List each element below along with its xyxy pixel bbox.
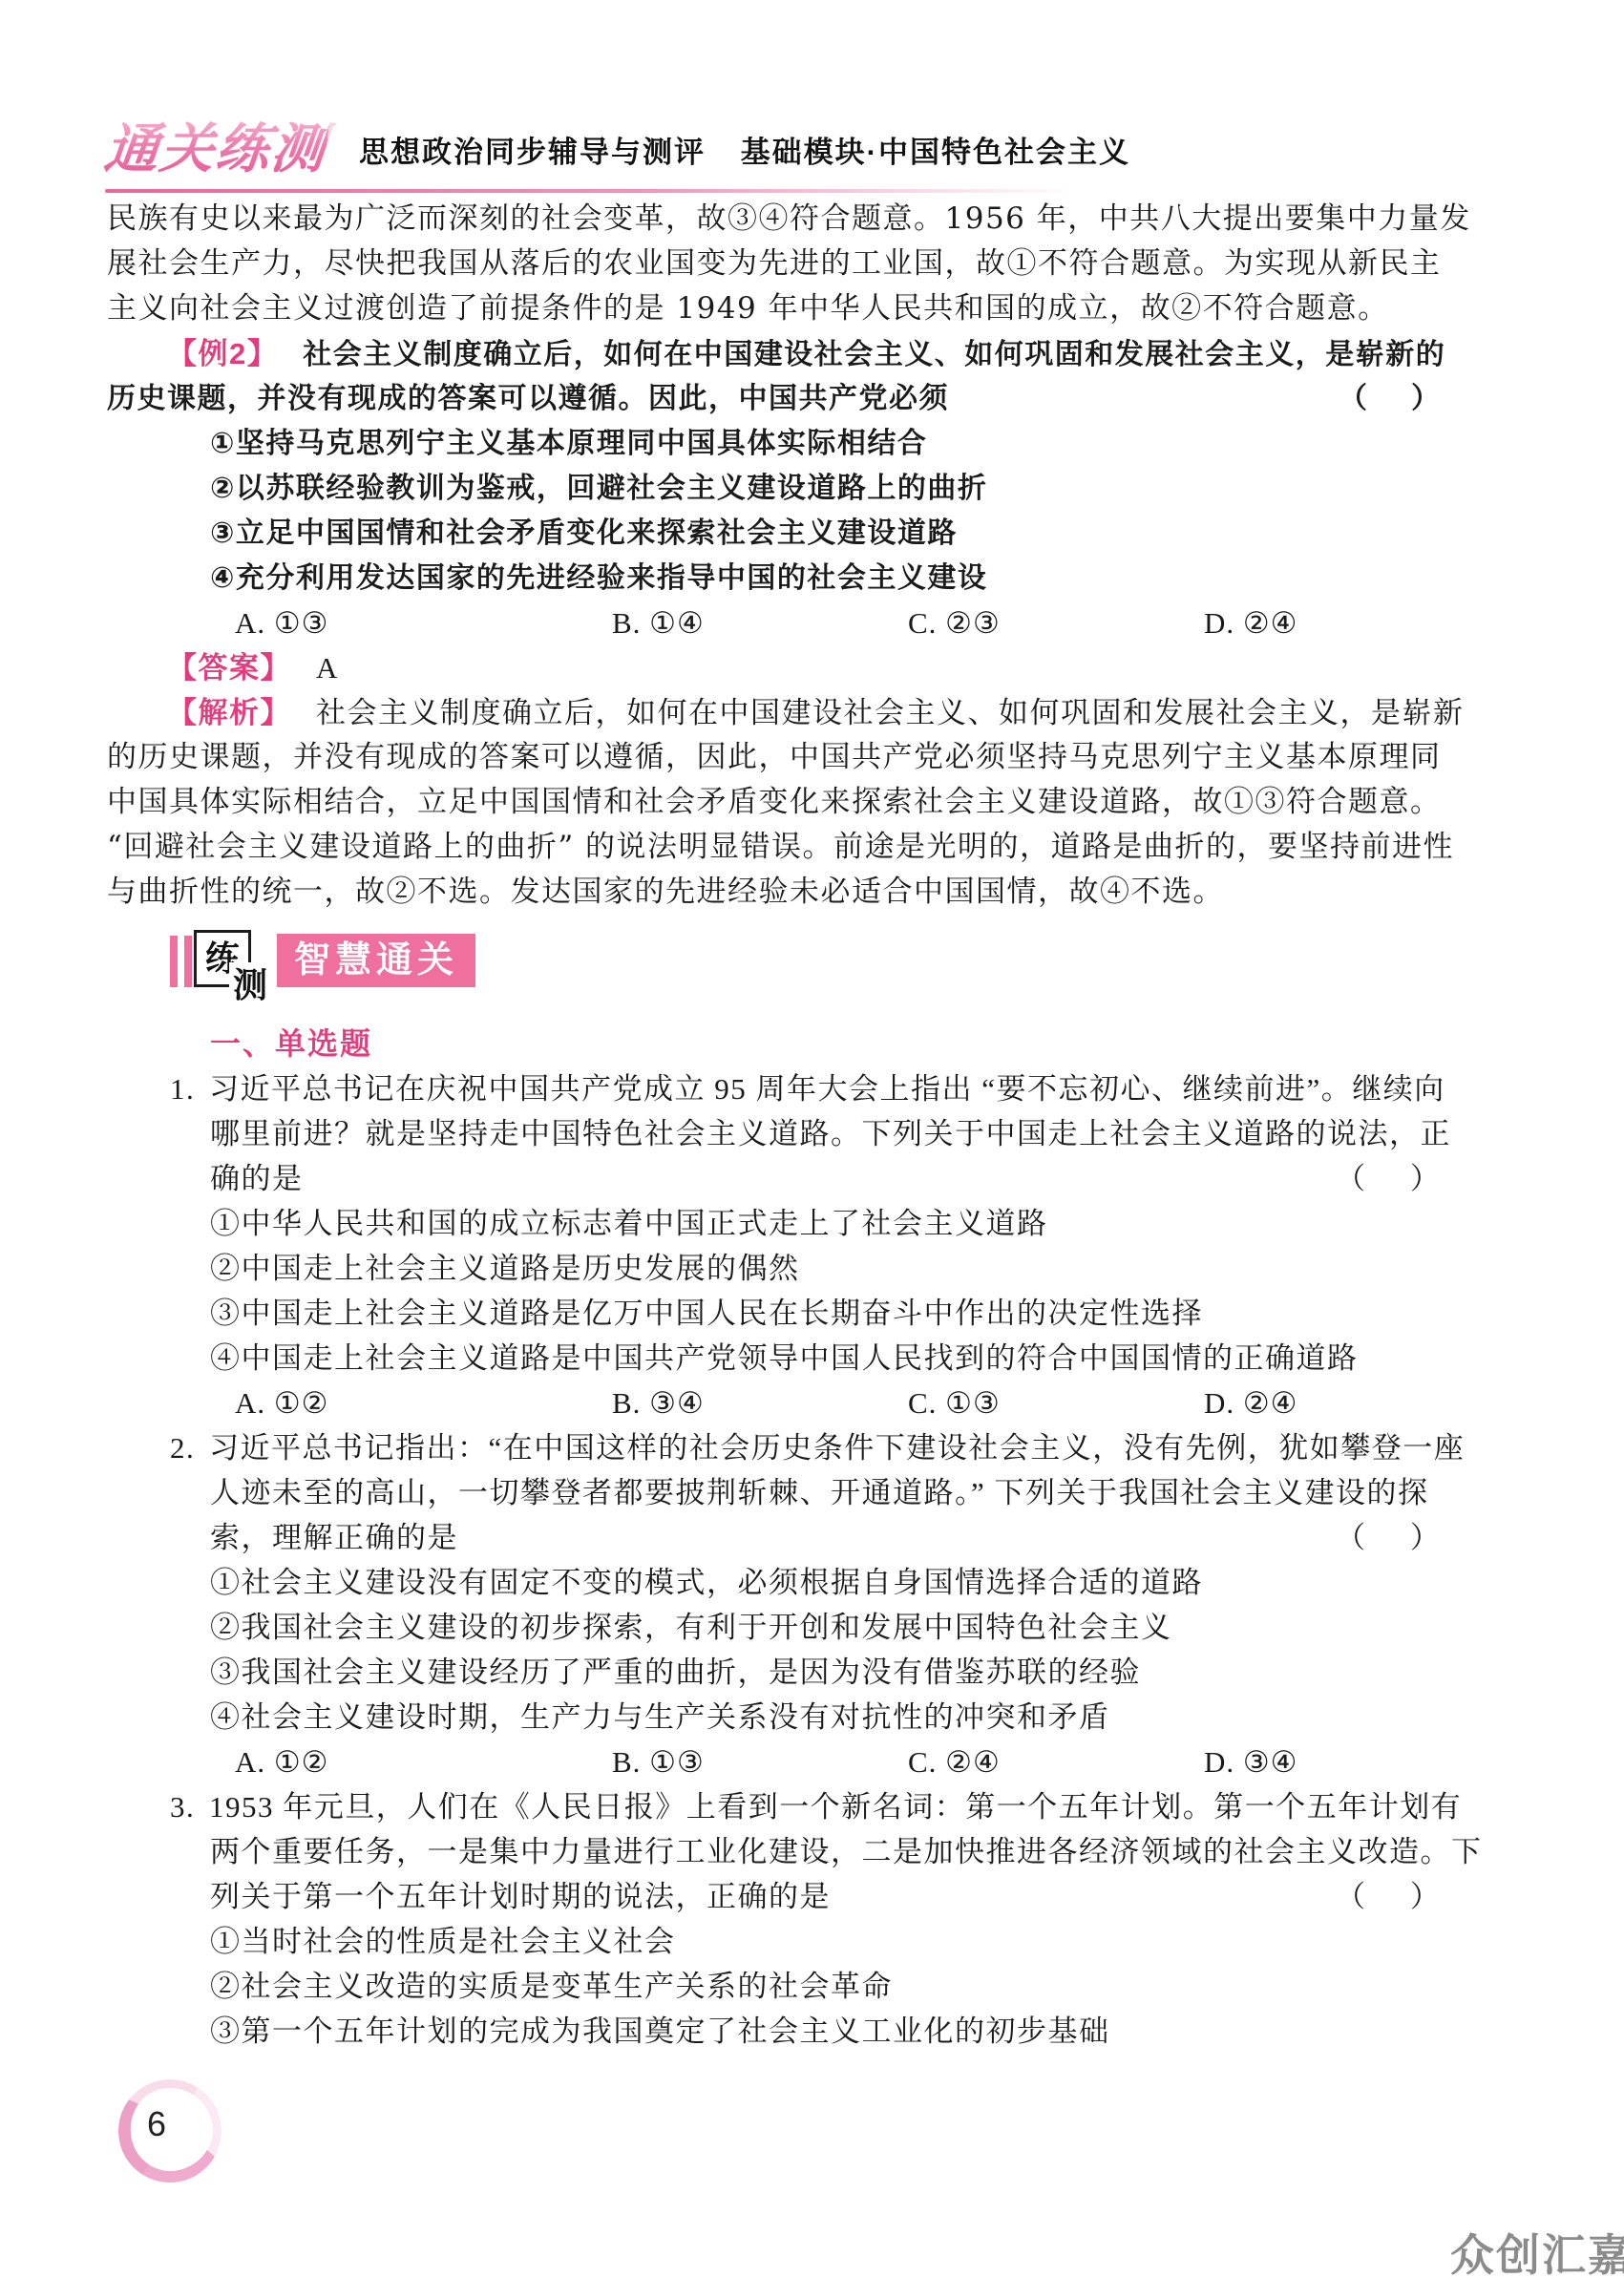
page-number-ring-icon bbox=[109, 2070, 231, 2192]
choice-d: D. ③④ bbox=[1204, 1740, 1518, 1784]
question-choices: A. ①② B. ①③ C. ②④ D. ③④ bbox=[235, 1740, 1518, 1784]
question-option: ③第一个五年计划的完成为我国奠定了社会主义工业化的初步基础 bbox=[210, 2009, 1518, 2054]
question-stem-line: 索，理解正确的是 （ ） bbox=[210, 1515, 1518, 1560]
choice-b: B. ①④ bbox=[612, 601, 908, 645]
example-stem-line: 【例2】社会主义制度确立后，如何在中国建设社会主义、如何巩固和发展社会主义，是崭… bbox=[167, 331, 1518, 376]
intro-line: 民族有史以来最为广泛而深刻的社会变革，故③④符合题意。1956 年，中共八大提出… bbox=[107, 197, 1518, 242]
example-option: ①坚持马克思列宁主义基本原理同中国具体实际相结合 bbox=[210, 421, 1518, 466]
question-option: ④社会主义建设时期，生产力与生产关系没有对抗性的冲突和矛盾 bbox=[210, 1695, 1518, 1740]
question-stem-line: 1.习近平总书记在庆祝中国共产党成立 95 周年大会上指出 “要不忘初心、继续前… bbox=[170, 1066, 1518, 1111]
example-label: 【例2】 bbox=[167, 337, 278, 370]
intro-line: 主义向社会主义过渡创造了前提条件的是 1949 年中华人民共和国的成立，故②不符… bbox=[107, 286, 1518, 331]
analysis-label: 【解析】 bbox=[167, 696, 291, 729]
example-option: ③立足中国国情和社会矛盾变化来探索社会主义建设道路 bbox=[210, 511, 1518, 556]
analysis-line: “回避社会主义建设道路上的曲折” 的说法明显错误。前途是光明的，道路是曲折的，要… bbox=[107, 825, 1518, 870]
question-stem-line: 列关于第一个五年计划时期的说法，正确的是 （ ） bbox=[210, 1874, 1518, 1919]
analysis-line: 中国具体实际相结合，立足中国国情和社会矛盾变化来探索社会主义建设道路，故①③符合… bbox=[107, 780, 1518, 825]
header-text: 思想政治同步辅导与测评 基础模块·中国特色社会主义 bbox=[359, 134, 1130, 172]
question-option: ③中国走上社会主义道路是亿万中国人民在长期奋斗中作出的决定性选择 bbox=[210, 1291, 1518, 1336]
question-option: ①当时社会的性质是社会主义社会 bbox=[210, 1919, 1518, 1964]
question-option: ②社会主义改造的实质是变革生产关系的社会革命 bbox=[210, 1964, 1518, 2009]
question-number: 2. bbox=[170, 1425, 209, 1470]
answer-row: 【答案】A bbox=[167, 645, 1518, 690]
analysis-text: 社会主义制度确立后，如何在中国建设社会主义、如何巩固和发展社会主义，是崭新 bbox=[316, 696, 1465, 730]
answer-bracket: （ ） bbox=[1336, 1156, 1447, 1201]
page-header: 通关练测 思想政治同步辅导与测评 基础模块·中国特色社会主义 bbox=[105, 120, 1518, 193]
answer-bracket: （ ） bbox=[1336, 1515, 1447, 1560]
example-choices: A. ①③ B. ①④ C. ②③ D. ②④ bbox=[235, 601, 1518, 645]
question-stem-line: 哪里前进？就是坚持走中国特色社会主义道路。下列关于中国走上社会主义道路的说法，正 bbox=[210, 1111, 1518, 1156]
analysis-line: 的历史课题，并没有现成的答案可以遵循，因此，中国共产党必须坚持马克思列宁主义基本… bbox=[107, 735, 1518, 780]
answer-label: 【答案】 bbox=[167, 651, 291, 685]
choice-d: D. ②④ bbox=[1204, 1381, 1518, 1425]
choice-a: A. ①② bbox=[235, 1381, 612, 1425]
question-option: ①社会主义建设没有固定不变的模式，必须根据自身国情选择合适的道路 bbox=[210, 1560, 1518, 1605]
question-stem-line: 2.习近平总书记指出：“在中国这样的社会历史条件下建设社会主义，没有先例，犹如攀… bbox=[170, 1425, 1518, 1470]
page-content: 民族有史以来最为广泛而深刻的社会变革，故③④符合题意。1956 年，中共八大提出… bbox=[107, 197, 1518, 2054]
question-stem-line: 两个重要任务，一是集中力量进行工业化建设，二是加快推进各经济领域的社会主义改造。… bbox=[210, 1829, 1518, 1874]
answer-value: A bbox=[316, 651, 339, 685]
question-option: ④中国走上社会主义道路是中国共产党领导中国人民找到的符合中国国情的正确道路 bbox=[210, 1336, 1518, 1381]
example-option: ④充分利用发达国家的先进经验来指导中国的社会主义建设 bbox=[210, 556, 1518, 601]
banner-tag-sub: 测 bbox=[229, 962, 271, 1008]
choice-c: C. ②④ bbox=[908, 1740, 1204, 1784]
example-stem-text: 社会主义制度确立后，如何在中国建设社会主义、如何巩固和发展社会主义，是崭新的 bbox=[303, 339, 1445, 370]
header-module: 基础模块·中国特色社会主义 bbox=[741, 136, 1130, 169]
answer-bracket: （ ） bbox=[1336, 1874, 1447, 1919]
choice-c: C. ①③ bbox=[908, 1381, 1204, 1425]
choice-a: A. ①② bbox=[235, 1740, 612, 1784]
publisher-watermark: 众创汇嘉 bbox=[1450, 2221, 1624, 2278]
choice-b: B. ③④ bbox=[612, 1381, 908, 1425]
answer-bracket: （ ） bbox=[1339, 376, 1447, 421]
question-number: 3. bbox=[170, 1784, 209, 1829]
question-stem-line: 人迹未至的高山，一切攀登者都要披荆斩棘、开通道路。” 下列关于我国社会主义建设的… bbox=[210, 1470, 1518, 1515]
question-option: ②中国走上社会主义道路是历史发展的偶然 bbox=[210, 1246, 1518, 1291]
example-option: ②以苏联经验教训为鉴戒，回避社会主义建设道路上的曲折 bbox=[210, 466, 1518, 511]
series-logo: 通关练测 bbox=[102, 120, 329, 178]
practice-banner: 练 测 智慧通关 bbox=[170, 928, 1518, 1010]
header-divider bbox=[105, 189, 1074, 193]
question-option: ③我国社会主义建设经历了严重的曲折，是因为没有借鉴苏联的经验 bbox=[210, 1650, 1518, 1695]
page-number-badge: 6 bbox=[118, 2079, 221, 2183]
question-option: ②我国社会主义建设的初步探索，有利于开创和发展中国特色社会主义 bbox=[210, 1605, 1518, 1650]
banner-title: 智慧通关 bbox=[277, 934, 475, 987]
choice-b: B. ①③ bbox=[612, 1740, 908, 1784]
section-title: 一、单选题 bbox=[210, 1022, 1518, 1066]
analysis-line: 与曲折性的统一，故②不选。发达国家的先进经验未必适合中国国情，故④不选。 bbox=[107, 870, 1518, 915]
intro-line: 展社会生产力，尽快把我国从落后的农业国变为先进的工业国，故①不符合题意。为实现从… bbox=[107, 242, 1518, 286]
analysis-row: 【解析】社会主义制度确立后，如何在中国建设社会主义、如何巩固和发展社会主义，是崭… bbox=[167, 690, 1518, 735]
textbook-page: 通关练测 思想政治同步辅导与测评 基础模块·中国特色社会主义 民族有史以来最为广… bbox=[0, 0, 1624, 2278]
page-number: 6 bbox=[147, 2104, 166, 2144]
question-stem-line: 3.1953 年元旦，人们在《人民日报》上看到一个新名词：第一个五年计划。第一个… bbox=[170, 1784, 1518, 1829]
question-number: 1. bbox=[170, 1066, 209, 1111]
choice-d: D. ②④ bbox=[1204, 601, 1518, 645]
choice-a: A. ①③ bbox=[235, 601, 612, 645]
choice-c: C. ②③ bbox=[908, 601, 1204, 645]
example-stem-line: 历史课题，并没有现成的答案可以遵循。因此，中国共产党必须 （ ） bbox=[107, 376, 1518, 421]
question-stem-line: 确的是 （ ） bbox=[210, 1156, 1518, 1201]
question-choices: A. ①② B. ③④ C. ①③ D. ②④ bbox=[235, 1381, 1518, 1425]
question-option: ①中华人民共和国的成立标志着中国正式走上了社会主义道路 bbox=[210, 1201, 1518, 1246]
header-subtitle: 思想政治同步辅导与测评 bbox=[359, 136, 706, 169]
